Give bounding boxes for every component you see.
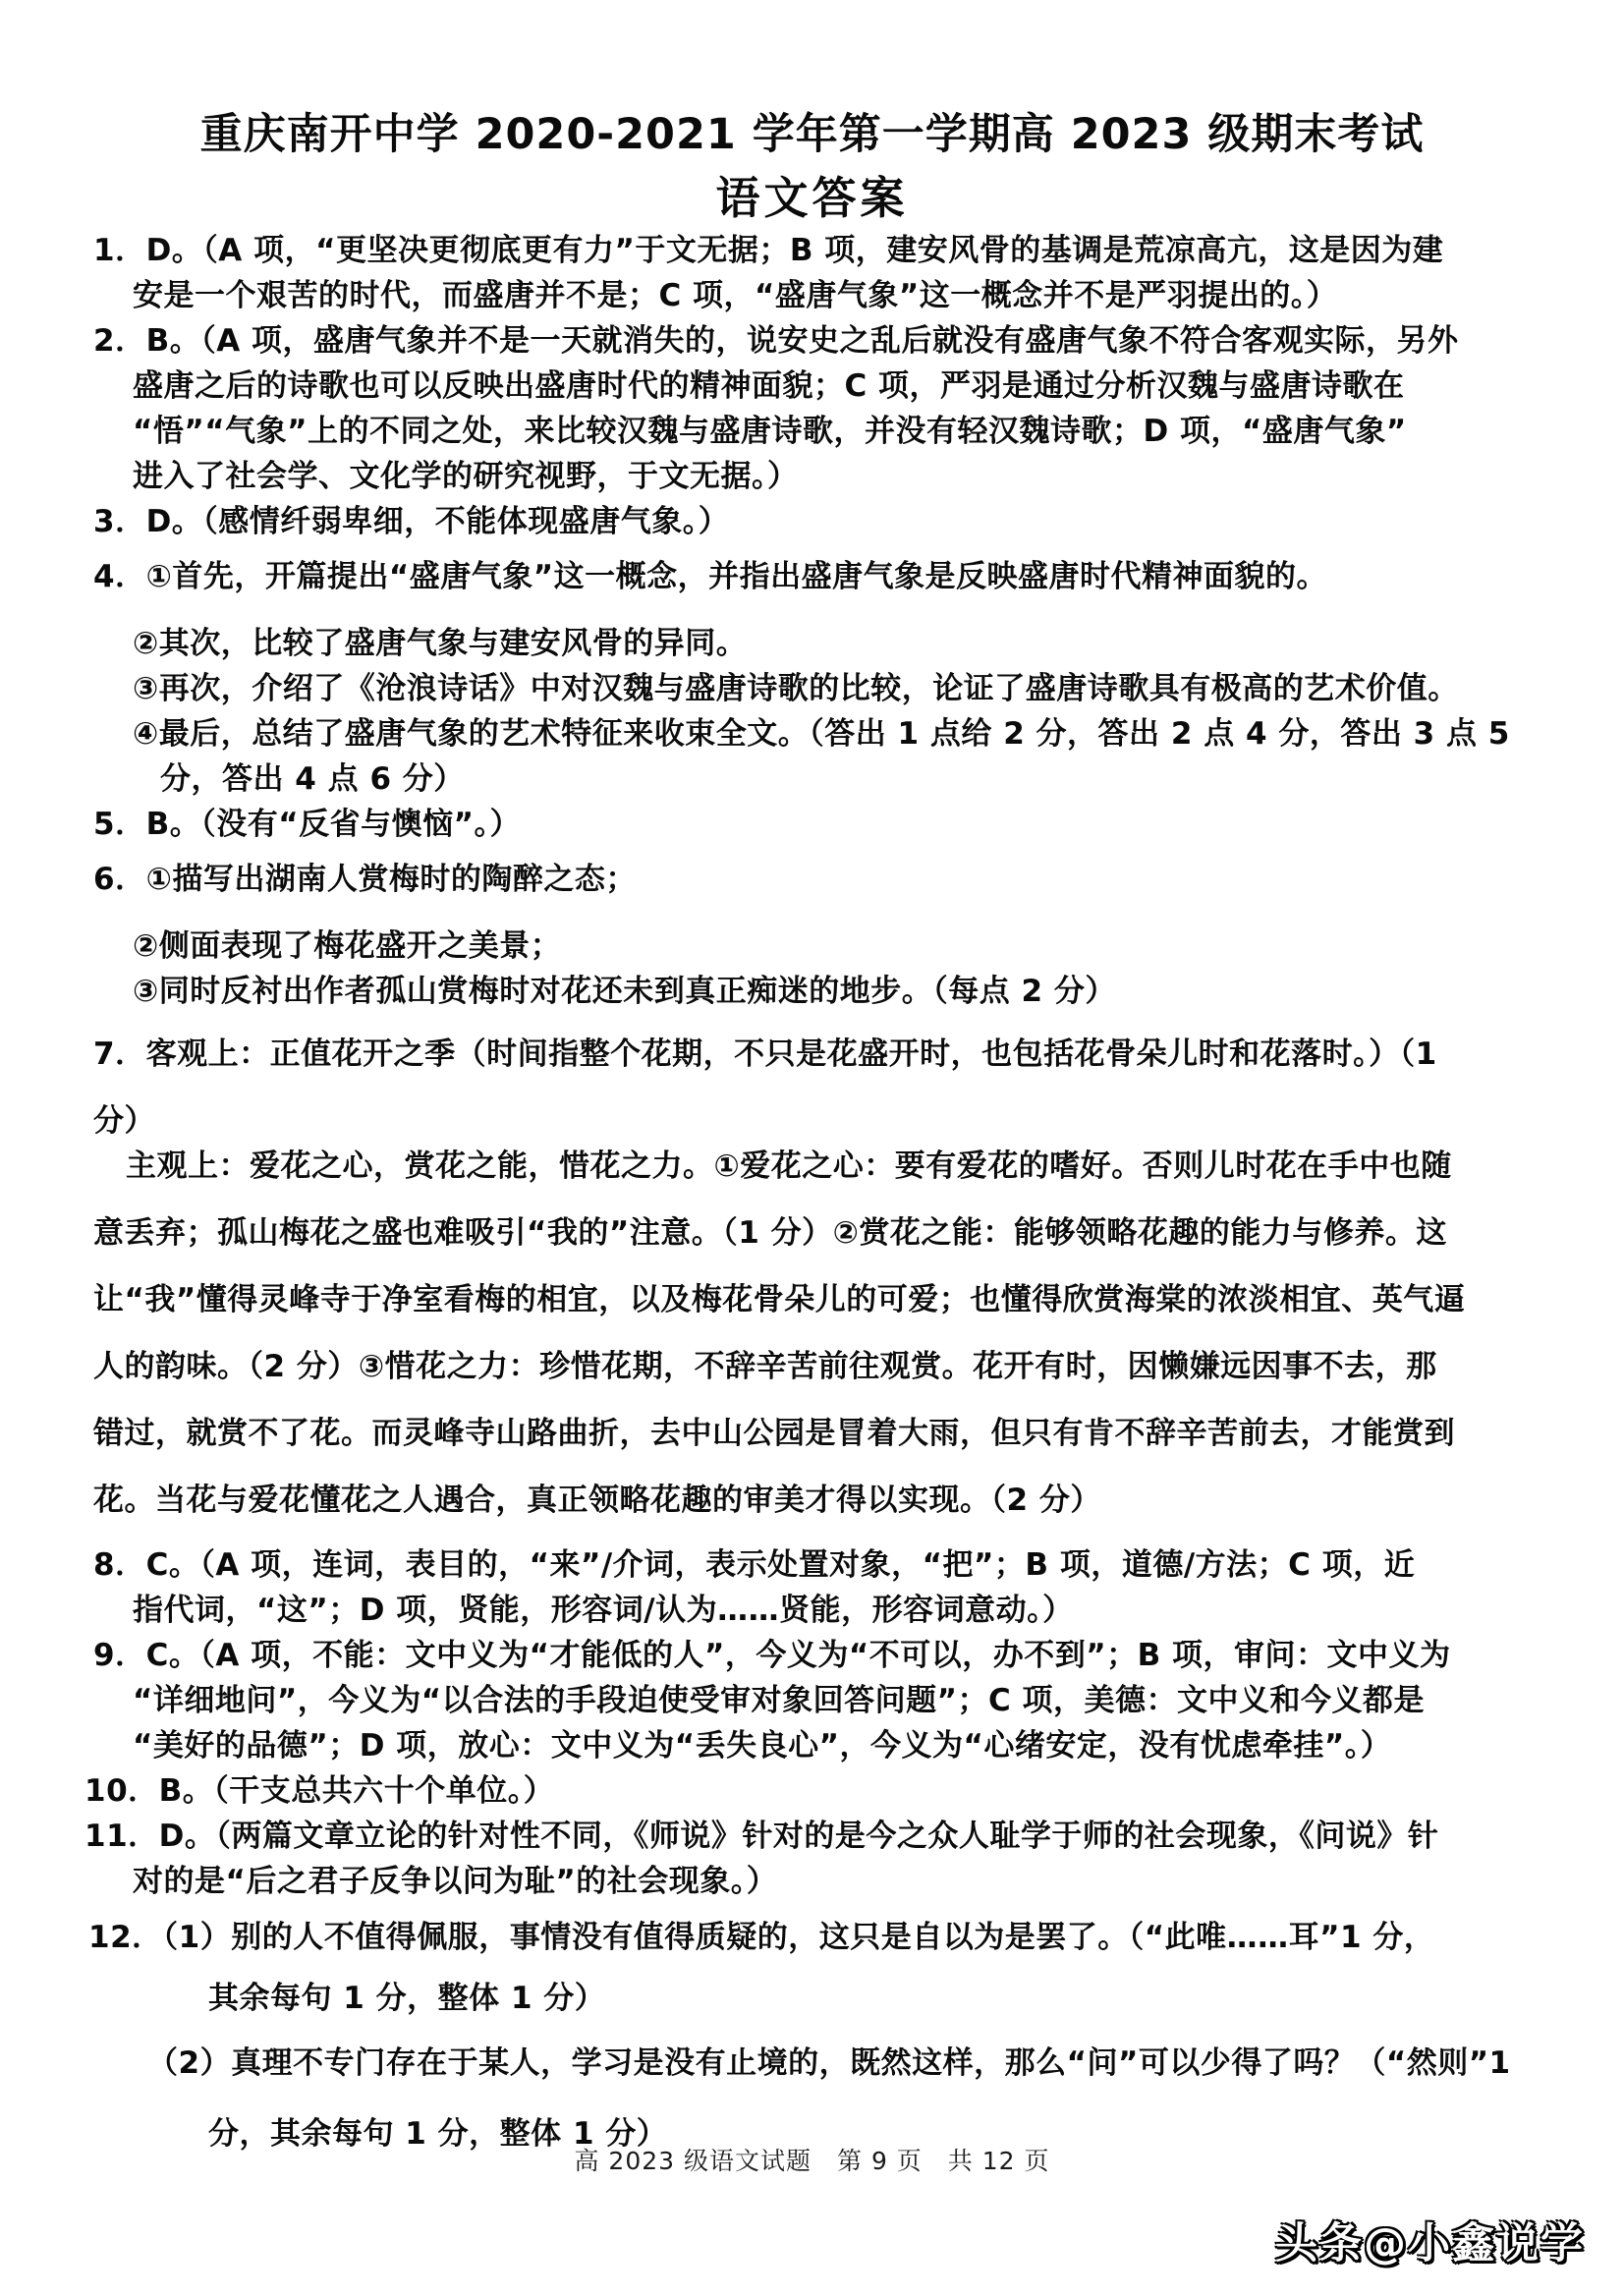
answer-line: 4．①首先，开篇提出“盛唐气象”这一概念，并指出盛唐气象是反映盛唐时代精神面貌的… bbox=[93, 554, 1624, 599]
answer-line: 1．D。（A 项，“更坚决更彻底更有力”于文无据；B 项，建安风骨的基调是荒凉高… bbox=[93, 228, 1624, 273]
answer-line: 意丢弃；孤山梅花之盛也难吸引“我的”注意。（1 分）②赏花之能：能够领略花趣的能… bbox=[93, 1210, 1624, 1256]
page-footer: 高 2023 级语文试题 第 9 页 共 12 页 bbox=[0, 2142, 1624, 2177]
answer-line: 分） bbox=[93, 1098, 1624, 1144]
answer-line: 指代词，“这”；D 项，贤能，形容词/认为……贤能，形容词意动。） bbox=[133, 1588, 1624, 1633]
answer-line: 7．客观上：正值花开之季（时间指整个花期，不只是花盛开时，也包括花骨朵儿时和花落… bbox=[93, 1032, 1624, 1077]
answer-line: 8．C。（A 项，连词，表目的，“来”/介词，表示处置对象，“把”；B 项，道德… bbox=[93, 1542, 1624, 1588]
answer-line: 盛唐之后的诗歌也可以反映出盛唐时代的精神面貌；C 项，严羽是通过分析汉魏与盛唐诗… bbox=[133, 364, 1624, 409]
answer-sheet-page: 重庆南开中学 2020-2021 学年第一学期高 2023 级期末考试 语文答案… bbox=[0, 0, 1624, 2296]
answer-line: 2．B。（A 项，盛唐气象并不是一天就消失的，说安史之乱后就没有盛唐气象不符合客… bbox=[93, 318, 1624, 364]
watermark: 头条@小鑫说学 bbox=[1275, 2211, 1585, 2270]
answers-body: 1．D。（A 项，“更坚决更彻底更有力”于文无据；B 项，建安风骨的基调是荒凉高… bbox=[0, 228, 1624, 2156]
answer-line: ②其次，比较了盛唐气象与建安风骨的异同。 bbox=[133, 621, 1624, 666]
answer-line: 分，答出 4 点 6 分） bbox=[160, 756, 1624, 802]
answer-line: 其余每句 1 分，整体 1 分） bbox=[208, 1976, 1624, 2021]
answer-line: ④最后，总结了盛唐气象的艺术特征来收束全文。（答出 1 点给 2 分，答出 2 … bbox=[133, 711, 1624, 756]
answer-line: 主观上：爱花之心，赏花之能，惜花之力。①爱花之心：要有爱花的嗜好。否则儿时花在手… bbox=[126, 1144, 1624, 1189]
answer-line: 错过，就赏不了花。而灵峰寺山路曲折，去中山公园是冒着大雨，但只有肯不辞辛苦前去，… bbox=[93, 1411, 1624, 1456]
answer-line: ③再次，介绍了《沧浪诗话》中对汉魏与盛唐诗歌的比较，论证了盛唐诗歌具有极高的艺术… bbox=[133, 666, 1624, 711]
answer-line: （2）真理不专门存在于某人，学习是没有止境的，既然这样，那么“问”可以少得了吗？… bbox=[147, 2041, 1624, 2086]
answer-line: 10．B。（干支总共六十个单位。） bbox=[84, 1768, 1624, 1814]
answer-line: 9．C。（A 项，不能：文中义为“才能低的人”，今义为“不可以，办不到”；B 项… bbox=[93, 1633, 1624, 1678]
answer-line: “悟”“气象”上的不同之处，来比较汉魏与盛唐诗歌，并没有轻汉魏诗歌；D 项，“盛… bbox=[133, 409, 1624, 454]
page-title: 重庆南开中学 2020-2021 学年第一学期高 2023 级期末考试 bbox=[0, 0, 1624, 159]
answer-line: “详细地问”，今义为“以合法的手段迫使受审对象回答问题”；C 项，美德：文中义和… bbox=[133, 1678, 1624, 1723]
answer-line: 人的韵味。（2 分）③惜花之力：珍惜花期，不辞辛苦前往观赏。花开有时，因懒嫌远因… bbox=[93, 1344, 1624, 1389]
answer-line: “美好的品德”；D 项，放心：文中义为“丢失良心”，今义为“心绪安定，没有忧虑牵… bbox=[133, 1723, 1624, 1768]
answer-line: 3．D。（感情纤弱卑细，不能体现盛唐气象。） bbox=[93, 499, 1624, 544]
answer-line: 对的是“后之君子反争以问为耻”的社会现象。） bbox=[133, 1859, 1624, 1904]
answer-line: 5．B。（没有“反省与懊恼”。） bbox=[93, 802, 1624, 847]
answer-line: ②侧面表现了梅花盛开之美景； bbox=[133, 924, 1624, 969]
answer-line: ③同时反衬出作者孤山赏梅时对花还未到真正痴迷的地步。（每点 2 分） bbox=[133, 969, 1624, 1014]
page-subtitle: 语文答案 bbox=[0, 173, 1624, 224]
answer-line: 6．①描写出湖南人赏梅时的陶醉之态； bbox=[93, 857, 1624, 902]
answer-line: 安是一个艰苦的时代，而盛唐并不是；C 项，“盛唐气象”这一概念并不是严羽提出的。… bbox=[133, 273, 1624, 318]
answer-line: 11．D。（两篇文章立论的针对性不同，《师说》针对的是今之众人耻学于师的社会现象… bbox=[84, 1814, 1624, 1859]
answer-line: 进入了社会学、文化学的研究视野，于文无据。） bbox=[133, 454, 1624, 499]
answer-line: 让“我”懂得灵峰寺于净室看梅的相宜，以及梅花骨朵儿的可爱；也懂得欣赏海棠的浓淡相… bbox=[93, 1277, 1624, 1322]
answer-line: 花。当花与爱花懂花之人遇合，真正领略花趣的审美才得以实现。（2 分） bbox=[93, 1478, 1624, 1523]
answer-line: 12．（1）别的人不值得佩服，事情没有值得质疑的，这只是自以为是罢了。（“此唯…… bbox=[88, 1915, 1624, 1960]
